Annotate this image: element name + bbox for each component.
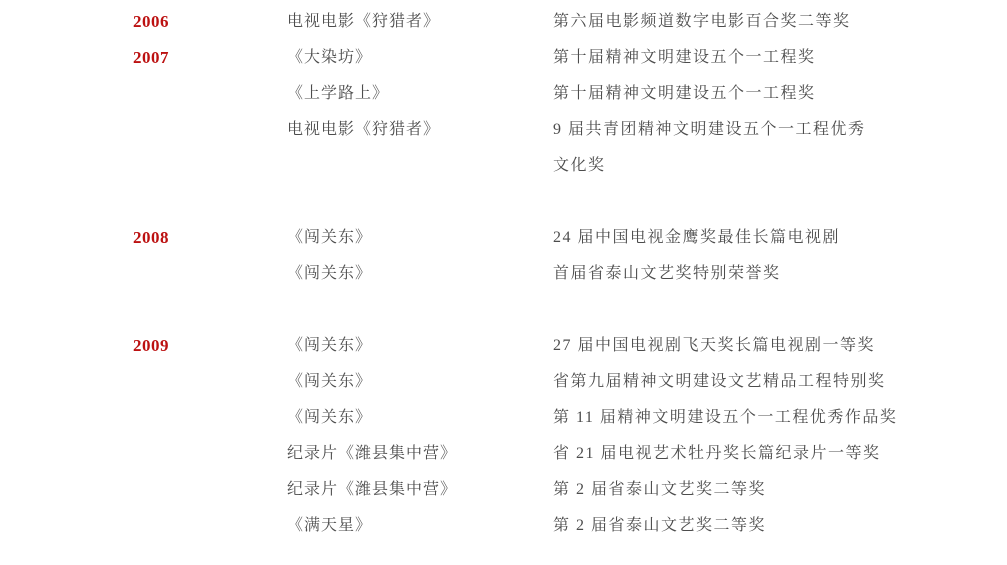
award-cell [553,292,1007,328]
work-title-cell: 《上学路上》 [287,76,553,112]
year-cell [133,256,287,292]
award-cell: 文化奖 [553,148,1007,184]
work-title-cell: 《闯关东》 [287,400,553,436]
year-cell [133,400,287,436]
work-title-cell: 《大染坊》 [287,40,553,76]
year-cell [133,436,287,472]
work-title-cell: 纪录片《潍县集中营》 [287,436,553,472]
year-cell [133,112,287,148]
award-cell: 27 届中国电视剧飞天奖长篇电视剧一等奖 [553,328,1007,364]
award-cell: 9 届共青团精神文明建设五个一工程优秀 [553,112,1007,148]
award-cell: 首届省泰山文艺奖特别荣誉奖 [553,256,1007,292]
year-cell [133,364,287,400]
work-title-cell: 纪录片《潍县集中营》 [287,472,553,508]
award-cell: 24 届中国电视金鹰奖最佳长篇电视剧 [553,220,1007,256]
table-row: 《满天星》 第 2 届省泰山文艺奖二等奖 [0,508,1007,544]
work-title-cell: 电视电影《狩猎者》 [287,4,553,40]
table-row: 电视电影《狩猎者》 9 届共青团精神文明建设五个一工程优秀 [0,112,1007,148]
table-row: 2008 《闯关东》 24 届中国电视金鹰奖最佳长篇电视剧 [0,220,1007,256]
table-row: 文化奖 [0,148,1007,184]
work-title-cell: 《闯关东》 [287,328,553,364]
year-cell [133,508,287,544]
year-cell: 2009 [133,328,287,364]
table-row: 《闯关东》 省第九届精神文明建设文艺精品工程特别奖 [0,364,1007,400]
table-row: 《闯关东》 首届省泰山文艺奖特别荣誉奖 [0,256,1007,292]
year-cell: 2008 [133,220,287,256]
award-cell: 省 21 届电视艺术牡丹奖长篇纪录片一等奖 [553,436,1007,472]
table-row: 纪录片《潍县集中营》 第 2 届省泰山文艺奖二等奖 [0,472,1007,508]
table-row: 《闯关东》 第 11 届精神文明建设五个一工程优秀作品奖 [0,400,1007,436]
year-cell [133,184,287,220]
work-title-cell [287,148,553,184]
table-row: 2009 《闯关东》 27 届中国电视剧飞天奖长篇电视剧一等奖 [0,328,1007,364]
award-cell: 第十届精神文明建设五个一工程奖 [553,40,1007,76]
award-cell: 省第九届精神文明建设文艺精品工程特别奖 [553,364,1007,400]
work-title-cell [287,184,553,220]
work-title-cell: 电视电影《狩猎者》 [287,112,553,148]
work-title-cell [287,292,553,328]
work-title-cell: 《闯关东》 [287,256,553,292]
award-cell: 第 11 届精神文明建设五个一工程优秀作品奖 [553,400,1007,436]
award-cell [553,184,1007,220]
table-row: 2006 电视电影《狩猎者》 第六届电影频道数字电影百合奖二等奖 [0,4,1007,40]
year-cell [133,76,287,112]
award-cell: 第十届精神文明建设五个一工程奖 [553,76,1007,112]
awards-table: 2006 电视电影《狩猎者》 第六届电影频道数字电影百合奖二等奖 2007 《大… [0,0,1007,544]
spacer-row [0,292,1007,328]
year-cell: 2007 [133,40,287,76]
table-row: 《上学路上》 第十届精神文明建设五个一工程奖 [0,76,1007,112]
year-cell: 2006 [133,4,287,40]
award-cell: 第 2 届省泰山文艺奖二等奖 [553,472,1007,508]
award-cell: 第 2 届省泰山文艺奖二等奖 [553,508,1007,544]
year-cell [133,148,287,184]
year-cell [133,292,287,328]
table-row: 2007 《大染坊》 第十届精神文明建设五个一工程奖 [0,40,1007,76]
spacer-row [0,184,1007,220]
work-title-cell: 《闯关东》 [287,364,553,400]
work-title-cell: 《闯关东》 [287,220,553,256]
year-cell [133,472,287,508]
work-title-cell: 《满天星》 [287,508,553,544]
table-row: 纪录片《潍县集中营》 省 21 届电视艺术牡丹奖长篇纪录片一等奖 [0,436,1007,472]
award-cell: 第六届电影频道数字电影百合奖二等奖 [553,4,1007,40]
